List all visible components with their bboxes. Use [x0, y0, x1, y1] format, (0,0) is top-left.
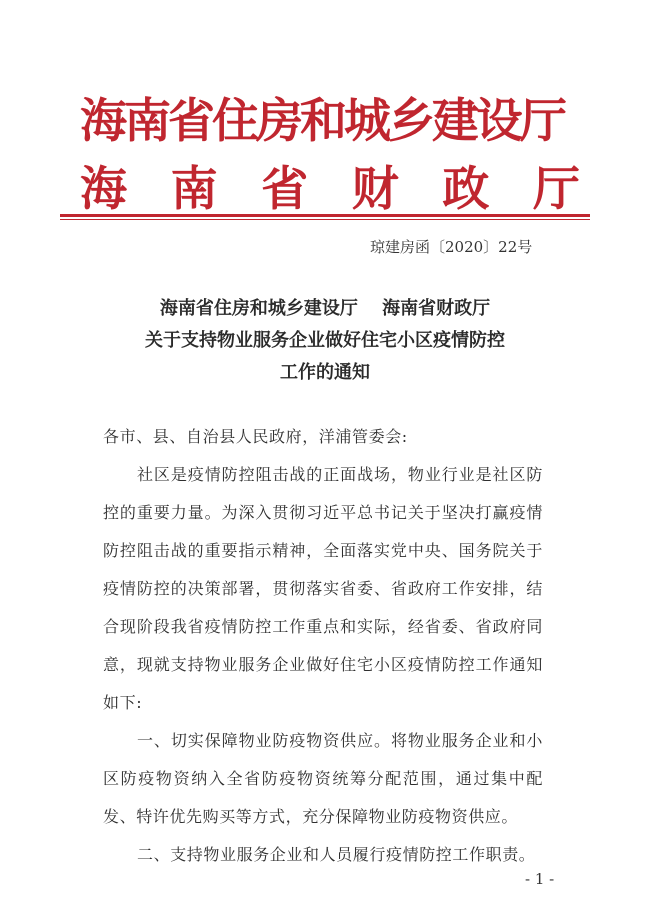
body-line: 合现阶段我省疫情防控工作重点和实际，经省委、省政府同 [103, 611, 543, 643]
body-line: 发、特许优先购买等方式，充分保障物业防疫物资供应。 [103, 801, 543, 833]
body-line: 控的重要力量。为深入贯彻习近平总书记关于坚决打赢疫情 [103, 497, 543, 529]
section-two-heading: 二、支持物业服务企业和人员履行疫情防控工作职责。 [103, 839, 543, 871]
body-line: 疫情防控的决策部署，贯彻落实省委、省政府工作安排，结 [103, 573, 543, 605]
section-one-heading: 一、切实保障物业防疫物资供应。将物业服务企业和小 [103, 725, 543, 757]
issuing-org-housing: 海南省住房和城乡建设厅 [80, 94, 580, 150]
org-char: 政 [442, 162, 489, 218]
body-line: 防控阻击战的重要指示精神，全面落实党中央、国务院关于 [103, 535, 543, 567]
red-header-rule [60, 214, 590, 217]
body-line: 意，现就支持物业服务企业做好住宅小区疫情防控工作通知 [103, 649, 543, 681]
org-char: 省 [261, 162, 308, 218]
document-body: 各市、县、自治县人民政府，洋浦管委会: 社区是疫情防控阻击战的正面战场，物业行业… [103, 421, 543, 871]
document-title-line-3: 工作的通知 [100, 358, 550, 384]
document-number: 琼建房函〔2020〕22号 [370, 236, 532, 257]
document-title-line-2: 关于支持物业服务企业做好住宅小区疫情防控 [100, 326, 550, 352]
org-char: 厅 [533, 162, 580, 218]
body-line: 社区是疫情防控阻击战的正面战场，物业行业是社区防 [103, 459, 543, 491]
org-char: 财 [352, 162, 399, 218]
page-number: - 1 - [525, 870, 554, 888]
document-title-line-1: 海南省住房和城乡建设厅 海南省财政厅 [100, 294, 550, 320]
body-line: 区防疫物资纳入全省防疫物资统筹分配范围，通过集中配 [103, 763, 543, 795]
org-char: 南 [171, 162, 218, 218]
issuing-org-finance: 海 南 省 财 政 厅 [80, 162, 580, 218]
red-header-rule-thin [60, 219, 590, 220]
salutation: 各市、县、自治县人民政府，洋浦管委会: [103, 421, 543, 453]
org-char: 海 [80, 162, 127, 218]
body-line: 如下: [103, 687, 543, 719]
